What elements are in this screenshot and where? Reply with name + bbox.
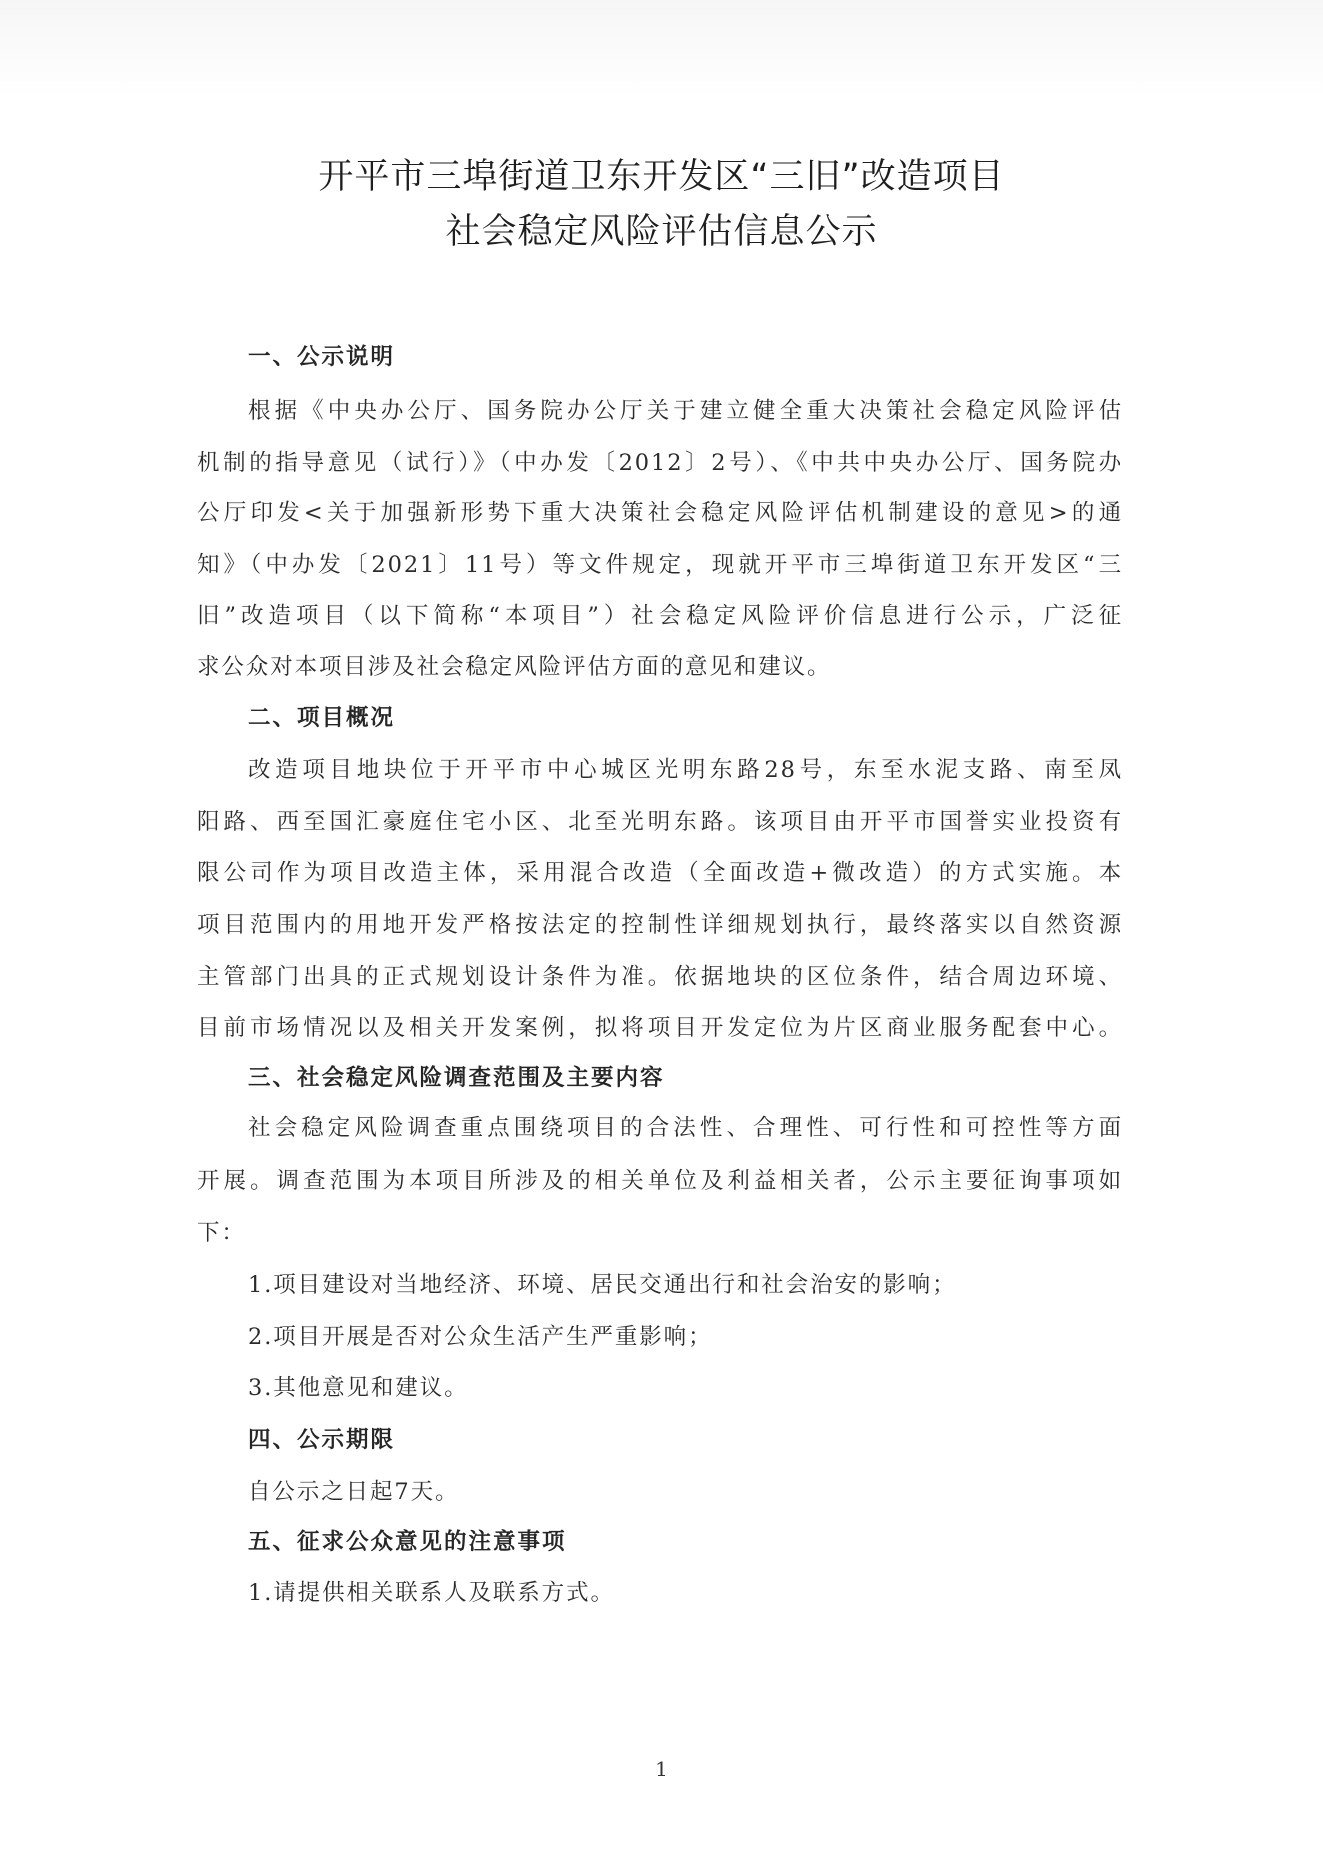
section-3-list-item: 2.项目开展是否对公众生活产生严重影响； [248, 1322, 1123, 1352]
section-2-line: 主管部门出具的正式规划设计条件为准。依据地块的区位条件，结合周边环境、 [197, 962, 1123, 992]
section-1-line: 公厅印发<关于加强新形势下重大决策社会稳定风险评估机制建设的意见>的通 [197, 498, 1123, 528]
section-3-list-item: 3.其他意见和建议。 [248, 1373, 1123, 1403]
section-2-line: 阳路、西至国汇豪庭住宅小区、北至光明东路。该项目由开平市国誉实业投资有 [197, 807, 1123, 837]
section-heading-1: 一、公示说明 [248, 342, 1174, 372]
page-number: 1 [0, 1757, 1323, 1781]
section-2-line: 项目范围内的用地开发严格按法定的控制性详细规划执行，最终落实以自然资源 [197, 910, 1123, 940]
section-2-line: 改造项目地块位于开平市中心城区光明东路28号，东至水泥支路、南至凤 [248, 755, 1123, 785]
section-3-line: 开展。调查范围为本项目所涉及的相关单位及利益相关者，公示主要征询事项如 [197, 1166, 1123, 1196]
section-1-line: 旧”改造项目（以下简称“本项目”）社会稳定风险评价信息进行公示，广泛征 [197, 601, 1123, 631]
scan-shadow [0, 0, 1323, 100]
section-heading-2: 二、项目概况 [248, 703, 1174, 733]
section-3-line: 社会稳定风险调查重点围绕项目的合法性、合理性、可行性和可控性等方面 [248, 1113, 1123, 1143]
section-2-line: 目前市场情况以及相关开发案例，拟将项目开发定位为片区商业服务配套中心。 [197, 1013, 1123, 1043]
section-1-line: 机制的指导意见（试行）》（中办发〔2012〕2号）、《中共中央办公厅、国务院办 [197, 448, 1123, 478]
section-heading-4: 四、公示期限 [248, 1425, 1174, 1455]
document-title-line-1: 开平市三埠街道卫东开发区“三旧”改造项目 [0, 155, 1323, 199]
section-heading-3: 三、社会稳定风险调查范围及主要内容 [248, 1063, 1174, 1093]
section-3-list-item: 1.项目建设对当地经济、环境、居民交通出行和社会治安的影响； [248, 1270, 1123, 1300]
section-5-list-item: 1.请提供相关联系人及联系方式。 [248, 1578, 1123, 1608]
section-heading-5: 五、征求公众意见的注意事项 [248, 1527, 1174, 1557]
document-title-line-2: 社会稳定风险评估信息公示 [0, 210, 1323, 254]
section-2-line: 限公司作为项目改造主体，采用混合改造（全面改造+微改造）的方式实施。本 [197, 858, 1123, 888]
section-1-line: 求公众对本项目涉及社会稳定风险评估方面的意见和建议。 [197, 652, 1123, 682]
section-3-line: 下： [197, 1218, 1123, 1248]
section-4-line: 自公示之日起7天。 [248, 1477, 1123, 1507]
section-1-line: 根据《中央办公厅、国务院办公厅关于建立健全重大决策社会稳定风险评估 [248, 396, 1123, 426]
section-1-line: 知》（中办发〔2021〕11号）等文件规定，现就开平市三埠街道卫东开发区“三 [197, 550, 1123, 580]
